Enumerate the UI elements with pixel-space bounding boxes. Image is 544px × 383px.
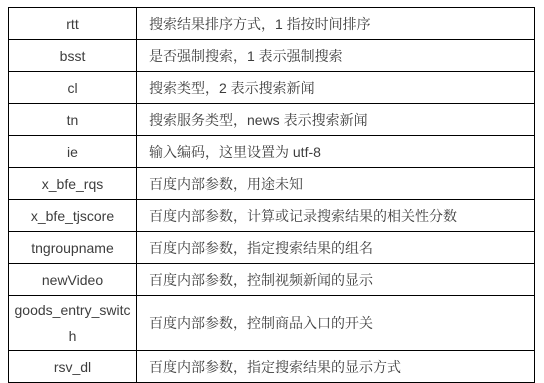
param-description-cell: 搜索服务类型，news 表示搜索新闻: [137, 104, 535, 136]
table-row: ie 输入编码，这里设置为 utf-8: [9, 136, 535, 168]
param-description-cell: 百度内部参数，控制商品入口的开关: [137, 296, 535, 351]
table-row: tn 搜索服务类型，news 表示搜索新闻: [9, 104, 535, 136]
table-row: cl 搜索类型，2 表示搜索新闻: [9, 72, 535, 104]
param-name-cell: newVideo: [9, 264, 137, 296]
param-name-cell: cl: [9, 72, 137, 104]
param-name-cell: rtt: [9, 8, 137, 40]
table-row: bsst 是否强制搜索，1 表示强制搜索: [9, 40, 535, 72]
table-row: rtt 搜索结果排序方式，1 指按时间排序: [9, 8, 535, 40]
table-row: x_bfe_rqs 百度内部参数，用途未知: [9, 168, 535, 200]
param-description-cell: 百度内部参数，指定搜索结果的组名: [137, 232, 535, 264]
param-name-cell: ie: [9, 136, 137, 168]
table-row: x_bfe_tjscore 百度内部参数，计算或记录搜索结果的相关性分数: [9, 200, 535, 232]
param-description-cell: 是否强制搜索，1 表示强制搜索: [137, 40, 535, 72]
param-name-cell: tn: [9, 104, 137, 136]
param-name-cell: goods_entry_switch: [9, 296, 137, 351]
parameters-table: rtt 搜索结果排序方式，1 指按时间排序 bsst 是否强制搜索，1 表示强制…: [8, 7, 535, 383]
table-row: rsv_dl 百度内部参数，指定搜索结果的显示方式: [9, 351, 535, 383]
param-description-cell: 输入编码，这里设置为 utf-8: [137, 136, 535, 168]
param-description-cell: 搜索类型，2 表示搜索新闻: [137, 72, 535, 104]
param-description-cell: 百度内部参数，控制视频新闻的显示: [137, 264, 535, 296]
param-description-cell: 百度内部参数，指定搜索结果的显示方式: [137, 351, 535, 383]
parameters-table-body: rtt 搜索结果排序方式，1 指按时间排序 bsst 是否强制搜索，1 表示强制…: [9, 8, 535, 383]
param-description-cell: 百度内部参数，计算或记录搜索结果的相关性分数: [137, 200, 535, 232]
param-name-cell: bsst: [9, 40, 137, 72]
table-row: newVideo 百度内部参数，控制视频新闻的显示: [9, 264, 535, 296]
param-description-cell: 搜索结果排序方式，1 指按时间排序: [137, 8, 535, 40]
table-row: goods_entry_switch 百度内部参数，控制商品入口的开关: [9, 296, 535, 351]
param-name-cell: rsv_dl: [9, 351, 137, 383]
table-row: tngroupname 百度内部参数，指定搜索结果的组名: [9, 232, 535, 264]
param-description-cell: 百度内部参数，用途未知: [137, 168, 535, 200]
param-name-cell: tngroupname: [9, 232, 137, 264]
param-name-cell: x_bfe_rqs: [9, 168, 137, 200]
param-name-cell: x_bfe_tjscore: [9, 200, 137, 232]
